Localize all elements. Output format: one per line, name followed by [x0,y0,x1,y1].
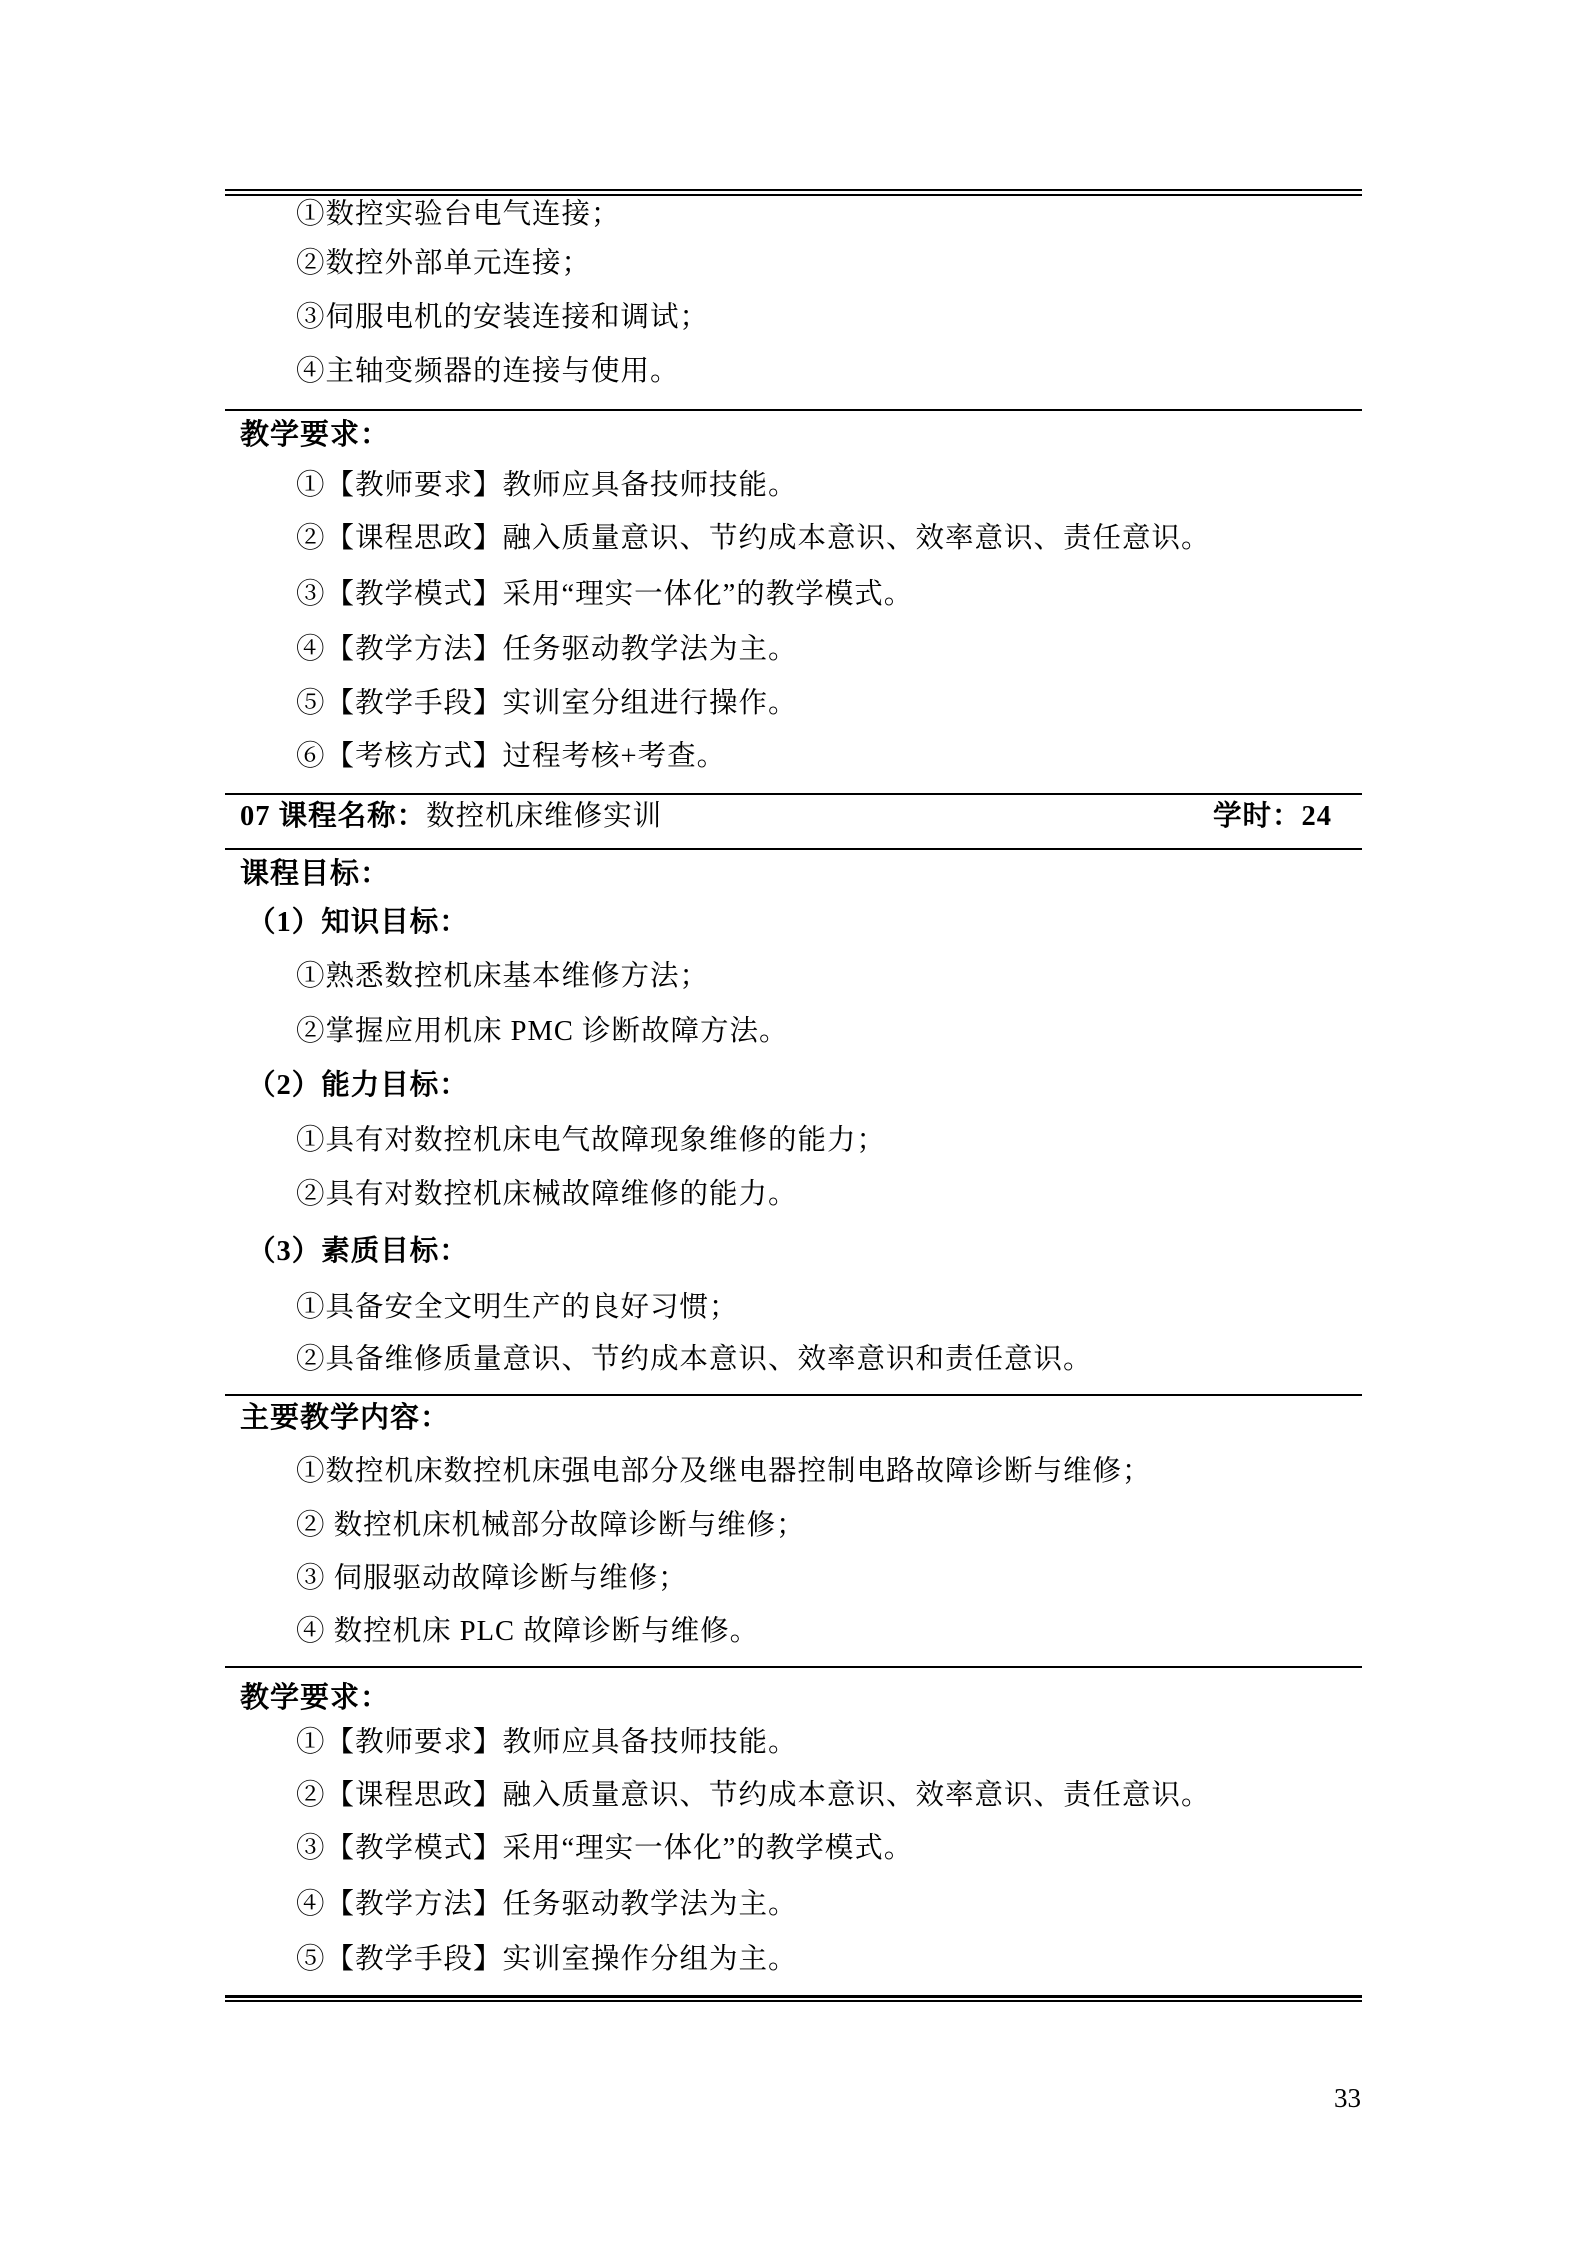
list-item: ③【教学模式】采用“理实一体化”的教学模式。 [296,575,913,615]
list-item: ③ 伺服驱动故障诊断与维修； [296,1559,688,1599]
list-item: ②【课程思政】融入质量意识、节约成本意识、效率意识、责任意识。 [296,1776,1211,1816]
list-item: ②数控外部单元连接； [296,244,591,284]
divider-line [225,409,1362,411]
list-item: ②具备维修质量意识、节约成本意识、效率意识和责任意识。 [296,1340,1093,1380]
list-item: ②具有对数控机床械故障维修的能力。 [296,1175,798,1215]
list-item: ④【教学方法】任务驱动教学法为主。 [296,1885,798,1925]
list-item: ①【教师要求】教师应具备技师技能。 [296,1723,798,1763]
divider-line [225,1666,1362,1668]
double-rule-bottom [225,1995,1362,2002]
objective-group-label: （3）素质目标： [247,1232,469,1272]
page-number: 33 [1334,2078,1361,2118]
course-objectives-heading: 课程目标： [240,854,390,894]
hours-value: 24 [1302,801,1333,832]
list-item: ⑤【教学手段】实训室操作分组为主。 [296,1940,798,1980]
list-item: ③伺服电机的安装连接和调试； [296,298,709,338]
list-item: ② 数控机床机械部分故障诊断与维修； [296,1506,806,1546]
divider-line [225,1394,1362,1396]
list-item: ①数控实验台电气连接； [296,195,621,235]
list-item: ④主轴变频器的连接与使用。 [296,352,680,392]
hours-label: 学时： [1213,801,1302,832]
main-content-heading: 主要教学内容： [240,1398,450,1438]
course-name: 数控机床维修实训 [426,801,662,832]
list-item: ①熟悉数控机床基本维修方法； [296,957,709,997]
course-title: 07 课程名称：数控机床维修实训 [240,797,662,837]
objective-group-label: （2）能力目标： [247,1066,469,1106]
divider-line [225,793,1362,795]
list-item: ③【教学模式】采用“理实一体化”的教学模式。 [296,1829,913,1869]
list-item: ②掌握应用机床 PMC 诊断故障方法。 [296,1012,788,1052]
list-item: ①具有对数控机床电气故障现象维修的能力； [296,1121,886,1161]
list-item: ①具备安全文明生产的良好习惯； [296,1288,739,1328]
list-item: ①【教师要求】教师应具备技师技能。 [296,466,798,506]
list-item: ②【课程思政】融入质量意识、节约成本意识、效率意识、责任意识。 [296,519,1211,559]
list-item: ④【教学方法】任务驱动教学法为主。 [296,630,798,670]
teaching-requirements-heading-1: 教学要求： [240,415,390,455]
list-item: ⑤【教学手段】实训室分组进行操作。 [296,684,798,724]
list-item: ①数控机床数控机床强电部分及继电器控制电路故障诊断与维修； [296,1452,1152,1492]
list-item: ④ 数控机床 PLC 故障诊断与维修。 [296,1612,759,1652]
course-hours: 学时：24 [1213,797,1332,837]
teaching-requirements-heading-2: 教学要求： [240,1678,390,1718]
document-page: ①数控实验台电气连接； ②数控外部单元连接； ③伺服电机的安装连接和调试； ④主… [0,0,1587,2245]
divider-line [225,848,1362,850]
objective-group-label: （1）知识目标： [247,903,469,943]
list-item: ⑥【考核方式】过程考核+考查。 [296,737,726,777]
course-number-label: 07 课程名称： [240,801,426,832]
